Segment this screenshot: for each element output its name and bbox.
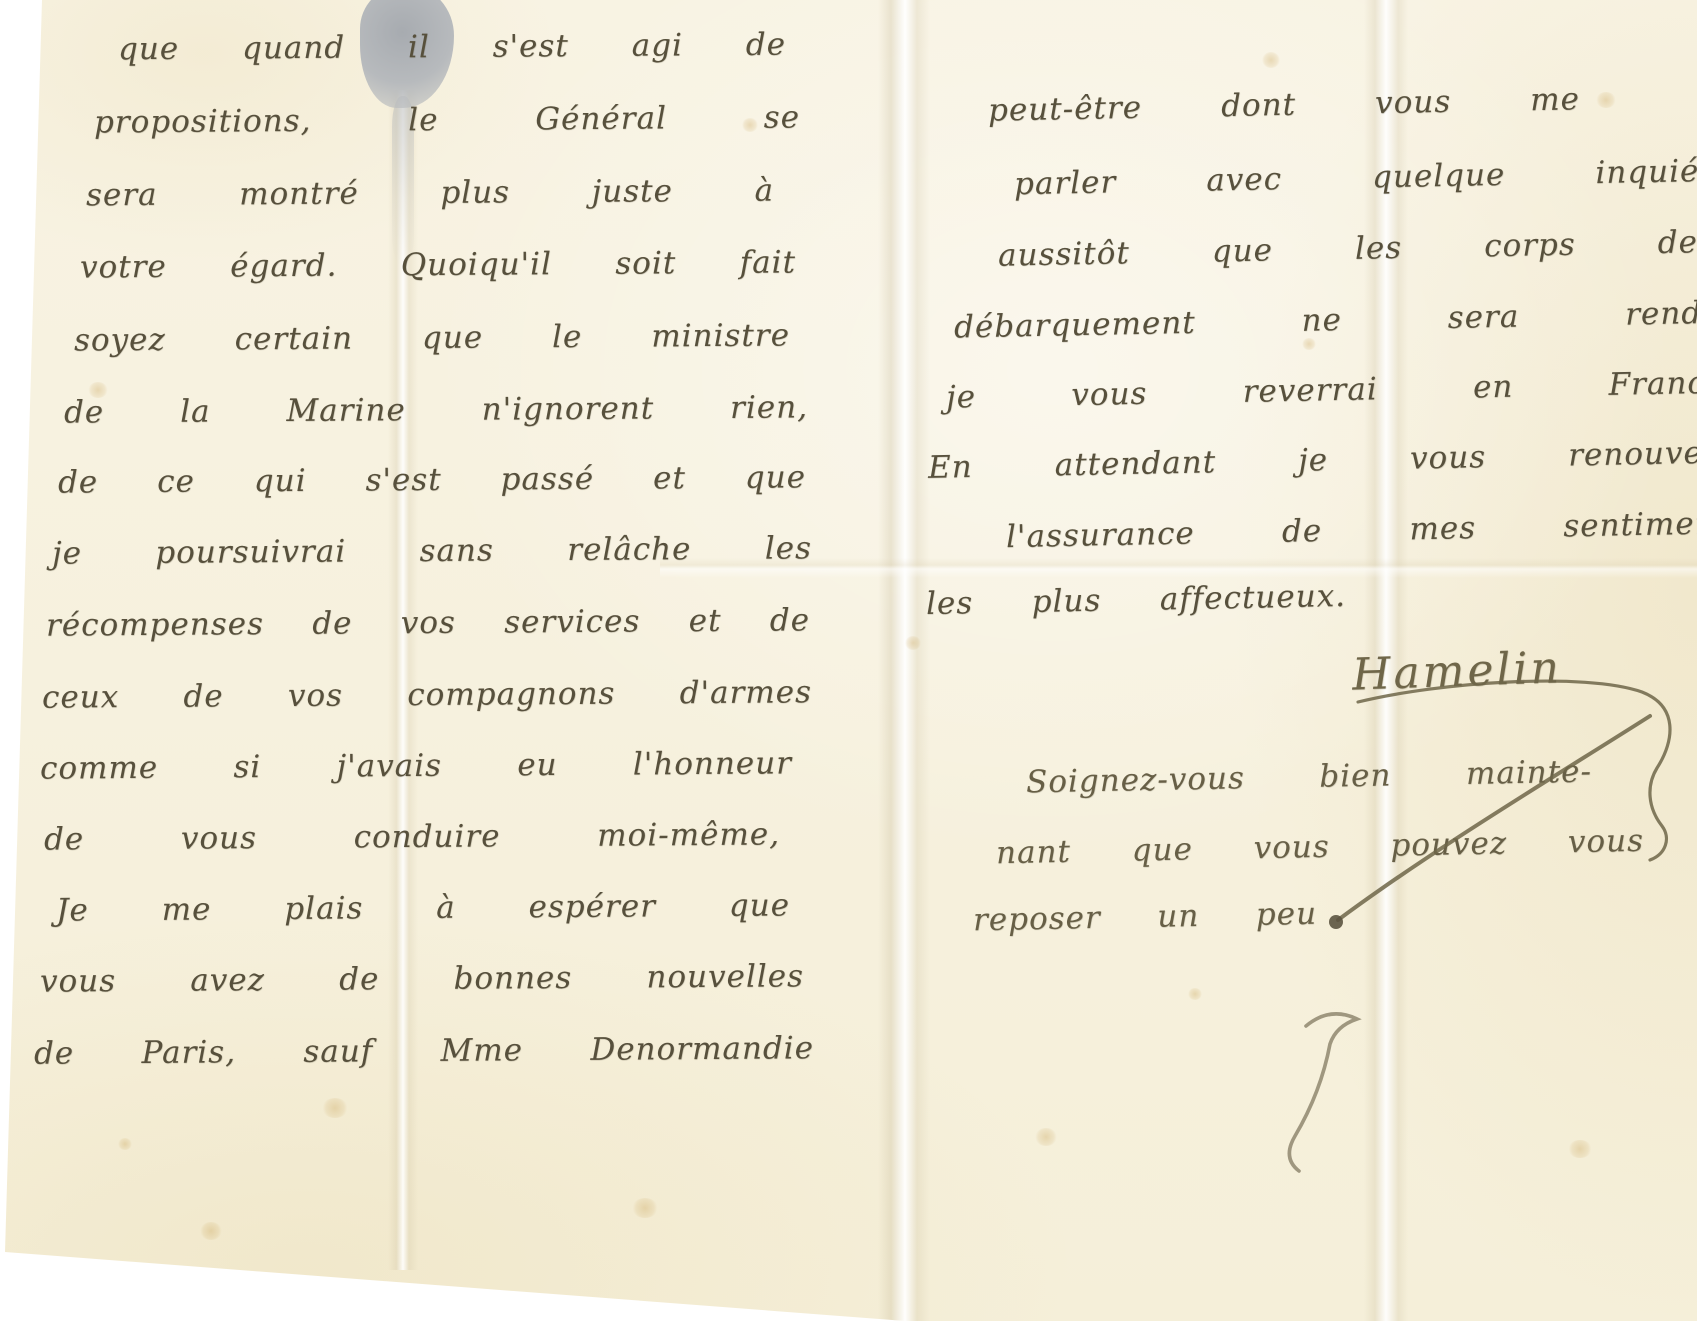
postscript-line: reposer un peu — [973, 893, 1318, 942]
manuscript-line: vous avez de bonnes nouvelles — [40, 955, 804, 1002]
manuscript-line: débarquement ne sera rendu, — [954, 292, 1697, 349]
manuscript-line: je poursuivrai sans relâche les — [52, 527, 812, 574]
manuscript-line: comme si j'avais eu l'honneur — [40, 742, 792, 789]
manuscript-line: propositions, le Général se — [94, 97, 800, 144]
foxing-spot — [1035, 1128, 1057, 1146]
signature: Hamelin — [1351, 638, 1673, 700]
manuscript-line: En attendant je vous renouvelle — [928, 431, 1697, 489]
foxing-spot — [1568, 1140, 1592, 1158]
manuscript-line: Je me plais à espérer que — [56, 884, 790, 931]
manuscript-line: ceux de vos compagnons d'armes — [42, 671, 812, 718]
manuscript-line: récompenses de vos services et de — [46, 599, 810, 646]
paraph-flourish — [1289, 1014, 1357, 1171]
postscript-line: Soignez-vous bien mainte- — [1026, 751, 1593, 804]
manuscript-line: de ce qui s'est passé et que — [58, 456, 806, 503]
ink-blot — [1329, 915, 1343, 929]
manuscript-line: que quand il s'est agi de — [118, 24, 786, 71]
manuscript-line: l'assurance de mes sentiments — [1006, 502, 1697, 558]
manuscript-line: de Paris, sauf Mme Denormandie — [34, 1027, 814, 1074]
manuscript-line: votre égard. Quoiqu'il soit fait — [80, 242, 796, 289]
foxing-spot — [632, 1198, 658, 1218]
foxing-spot — [118, 1138, 132, 1150]
postscript-line: nant que vous pouvez vous — [996, 820, 1645, 874]
scanned-letter: que quand il s'est agi de propositions, … — [0, 0, 1697, 1321]
foxing-spot — [1262, 52, 1280, 68]
fold-crease-horizontal — [660, 558, 1697, 578]
manuscript-line: je vous reverrai en France. — [946, 361, 1697, 418]
manuscript-line: sera montré plus juste à — [86, 170, 774, 217]
manuscript-line: parler avec quelque inquiétude — [1014, 149, 1697, 206]
foxing-spot — [905, 636, 921, 650]
foxing-spot — [1188, 988, 1202, 1000]
foxing-spot — [200, 1222, 222, 1240]
manuscript-line: peut-être dont vous me — [988, 78, 1581, 131]
manuscript-line: de la Marine n'ignorent rien, — [64, 386, 808, 433]
foxing-spot — [1596, 92, 1616, 108]
manuscript-line: les plus affectueux. — [926, 575, 1347, 625]
manuscript-line: aussitôt que les corps de — [998, 221, 1697, 276]
letter-paper: que quand il s'est agi de propositions, … — [0, 0, 1697, 1321]
fold-crease-center-gutter — [878, 0, 930, 1321]
foxing-spot — [322, 1098, 348, 1118]
manuscript-line: de vous conduire moi-même, — [44, 813, 780, 860]
manuscript-line: soyez certain que le ministre — [74, 315, 790, 362]
